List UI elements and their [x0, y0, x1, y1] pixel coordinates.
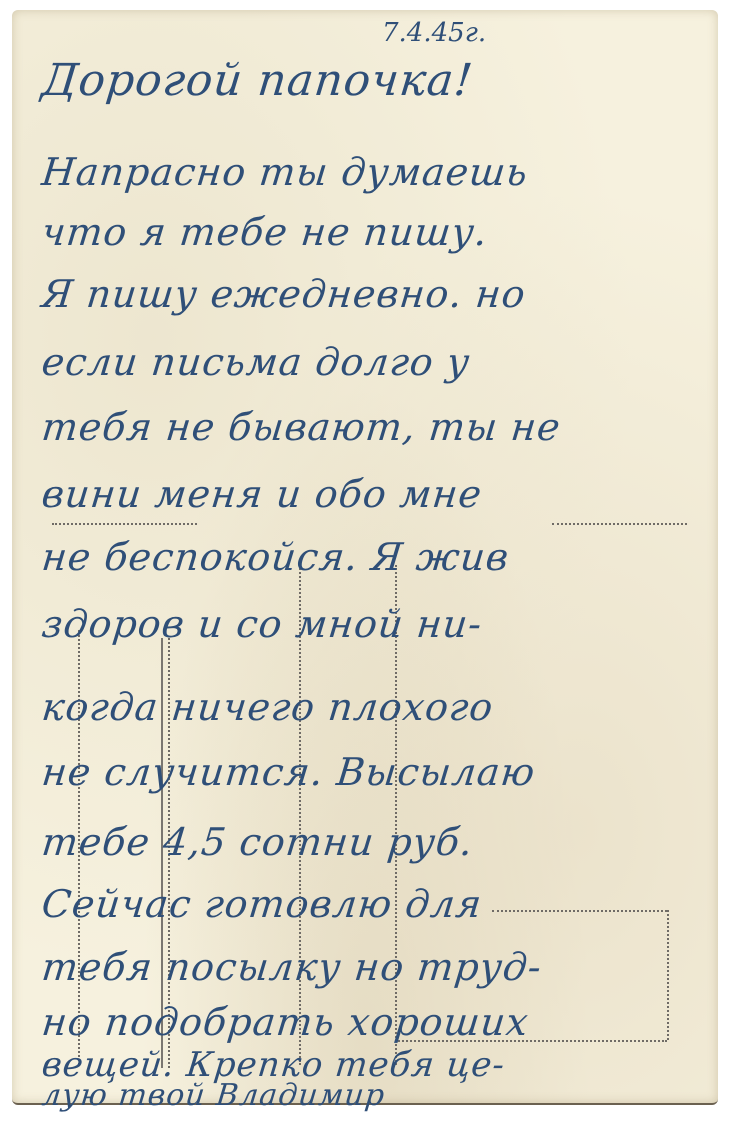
- letter-line: но подобрать хороших: [40, 1000, 531, 1044]
- letter-line: Я пишу ежедневно. но: [40, 272, 528, 316]
- letter-line: тебя посылку но труд-: [40, 945, 544, 989]
- postcard: 7.4.45г. Дорогой папочка! Напрасно ты ду…: [12, 10, 718, 1105]
- letter-line: если письма долго у: [40, 340, 473, 384]
- letter-line: здоров и со мной ни-: [40, 602, 485, 646]
- letter-line: не беспокойся. Я жив: [40, 535, 512, 579]
- letter-line: что я тебе не пишу.: [40, 210, 490, 254]
- letter-line: Напрасно ты думаешь: [40, 150, 531, 194]
- letter-line: тебя не бывают, ты не: [40, 405, 563, 449]
- printed-address-line: [552, 523, 687, 525]
- signature-line: лую твой Владимир: [40, 1078, 387, 1113]
- printed-address-line: [52, 523, 197, 525]
- stamp-box-right: [667, 910, 669, 1040]
- letter-line: вини меня и обо мне: [40, 472, 485, 516]
- letter-line: не случится. Высылаю: [40, 750, 538, 794]
- letter-line: когда ничего плохого: [40, 685, 496, 729]
- salutation: Дорогой папочка!: [39, 55, 475, 106]
- letter-date: 7.4.45г.: [382, 18, 486, 48]
- letter-line: Сейчас готовлю для: [40, 882, 485, 926]
- letter-line: тебе 4,5 сотни руб.: [40, 820, 476, 864]
- stamp-box-top: [492, 910, 667, 912]
